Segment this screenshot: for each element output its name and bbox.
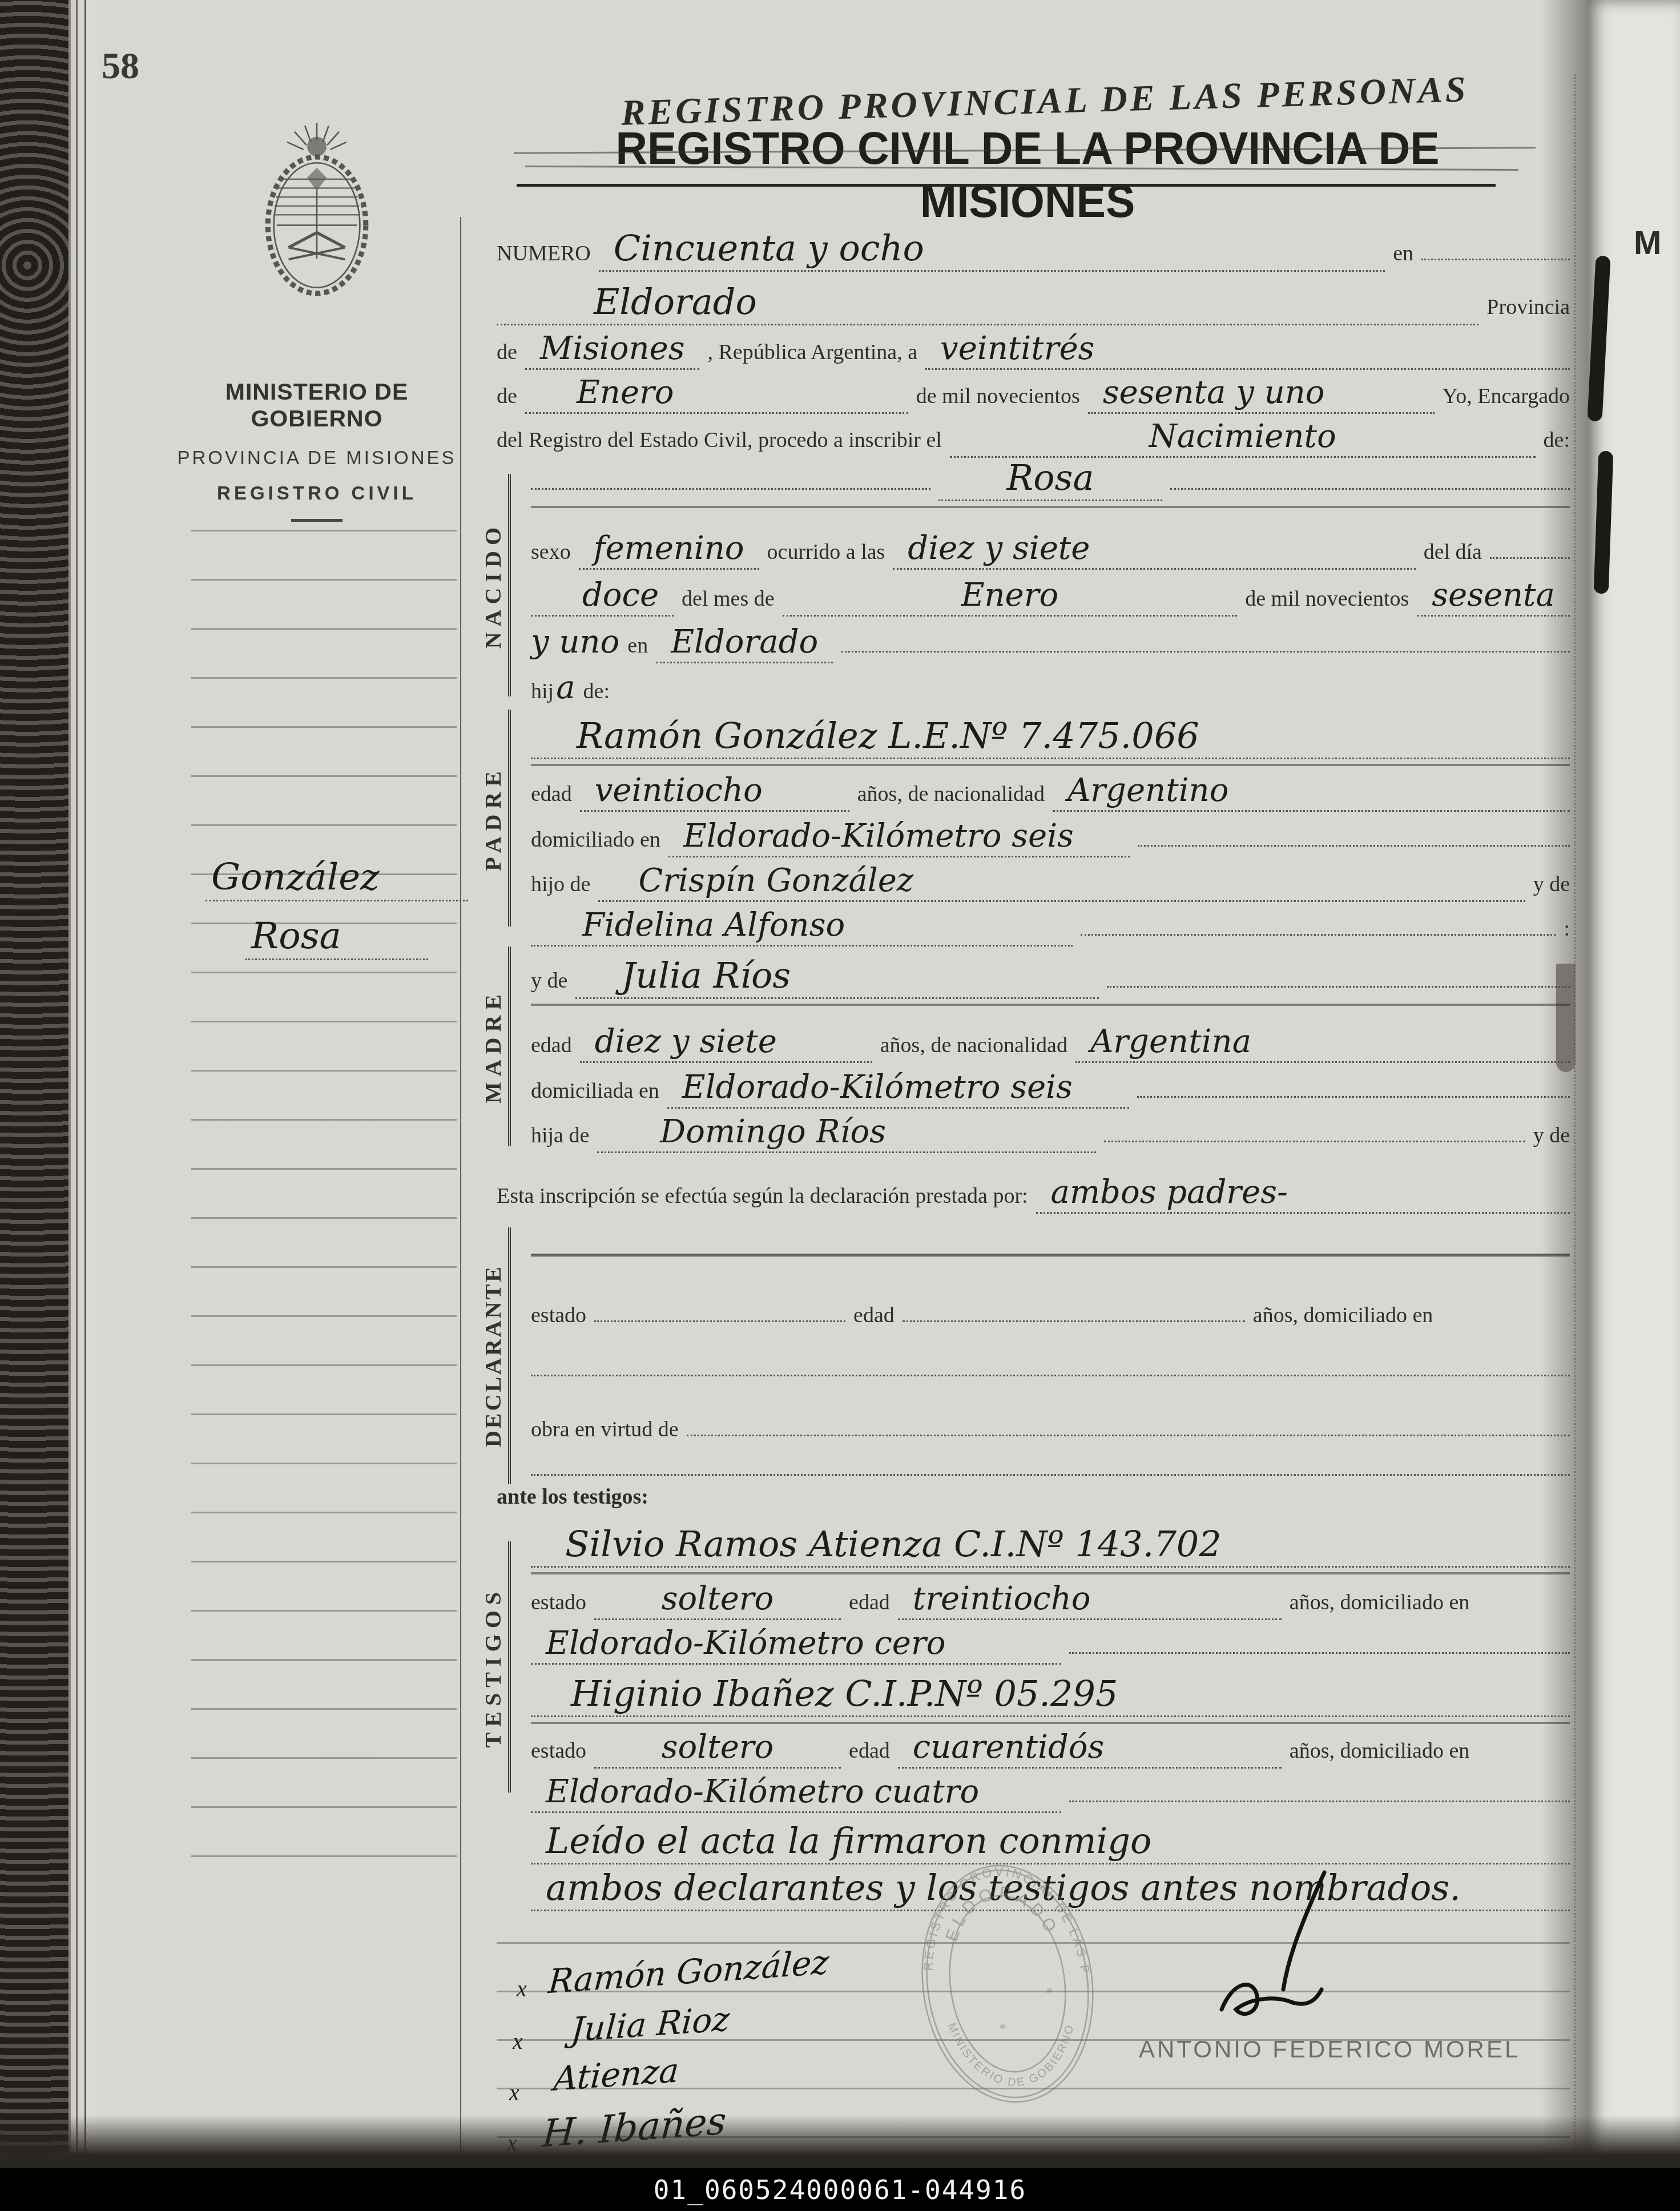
witnesses-intro: ante los testigos:: [497, 1484, 648, 1509]
edad-label: edad: [849, 1590, 890, 1615]
margin-given-name: Rosa: [245, 915, 428, 960]
province-value: Misiones: [525, 330, 700, 370]
y-de-label: y de: [531, 968, 567, 993]
child-name-value: Rosa: [938, 457, 1163, 501]
hij-label: hij: [531, 679, 554, 704]
de-label: de: [497, 340, 517, 365]
mil-novecientos-label: de mil novecientos: [1245, 586, 1409, 611]
stamp-star: *: [998, 2020, 1008, 2037]
edad-blank: [903, 1312, 1245, 1322]
next-page-partial-letter: M: [1634, 224, 1661, 262]
domiciliado-label: domiciliado en: [531, 827, 660, 852]
de-colon-label: de:: [1544, 428, 1570, 453]
blank-fill: [841, 643, 1570, 653]
section-rail-declarante: DECLARANTE: [477, 1227, 511, 1484]
paternal-grandmother-value: Fidelina Alfonso: [531, 907, 1073, 947]
witness-mark: x: [517, 1975, 527, 2002]
title-underline: [517, 184, 1496, 187]
page-number: 58: [102, 45, 139, 88]
coat-of-arms-icon: [243, 120, 391, 308]
blank-fill: [531, 480, 930, 490]
nacionalidad-label: años, de nacionalidad: [880, 1033, 1067, 1058]
day-value: veintitrés: [925, 330, 1570, 370]
blank-line: [531, 1375, 1570, 1376]
scan-id: 01_060524000061-044916: [654, 2174, 1026, 2205]
blank-fill: [1138, 837, 1570, 847]
witness2-edad-value: cuarentidós: [898, 1729, 1282, 1769]
sun-rays: [287, 123, 347, 155]
edad-label: edad: [531, 1033, 572, 1058]
day-value: doce: [531, 577, 674, 617]
blank-fill: [1069, 1644, 1570, 1654]
scan-footer-bar: 01_060524000061-044916: [0, 2168, 1680, 2211]
en-label: en: [627, 633, 648, 658]
stamp-star: *: [1045, 1984, 1055, 2002]
mother-address-value: Eldorado-Kilómetro seis: [667, 1069, 1130, 1109]
margin-surname: González: [206, 856, 468, 901]
page-bottom-shadow: [0, 2115, 1680, 2168]
estado-label: estado: [531, 1590, 586, 1615]
ante-los-testigos-label: ante los testigos:: [497, 1485, 648, 1509]
anos-domiciliado-label: años, domiciliado en: [1290, 1738, 1470, 1763]
registry-oval-stamp: REGISTRO PROVINCIAL DE LAS PERSONAS ELDO…: [896, 1843, 1118, 2124]
colon-label: :: [1564, 916, 1570, 941]
estado-label: estado: [531, 1303, 586, 1328]
edad-label: edad: [531, 782, 572, 807]
del-mes-label: del mes de: [682, 586, 775, 611]
blank-fill: [1421, 251, 1570, 260]
section-label-nacido: NACIDO: [480, 522, 506, 649]
mil-novecientos-label: de mil novecientos: [916, 384, 1080, 409]
edad-label: edad: [853, 1303, 895, 1328]
section-rail-testigos: TESTIGOS: [477, 1541, 511, 1793]
section-label-declarante: DECLARANTE: [480, 1264, 506, 1447]
republica-label: , República Argentina, a: [707, 340, 917, 365]
inscripcion-label: Esta inscripción se efectúa según la dec…: [497, 1183, 1028, 1209]
blank-fill: [1170, 480, 1570, 490]
obra-en-virtud-label: obra en virtud de: [531, 1417, 679, 1442]
y-de-label: y de: [1533, 872, 1570, 897]
provincia-label: Provincia: [1486, 295, 1570, 320]
acta-type-value: Nacimiento: [950, 418, 1536, 458]
nacionalidad-label: años, de nacionalidad: [857, 782, 1045, 807]
page-stack-edges: [69, 0, 97, 2211]
registrar-signature-flourish: [1153, 1867, 1416, 2049]
mother-name-value: Julia Ríos: [575, 955, 1099, 999]
blank-line: [531, 1254, 1570, 1256]
yo-encargado-label: Yo, Encargado: [1443, 384, 1570, 409]
mother-nationality-value: Argentina: [1075, 1023, 1570, 1063]
father-address-value: Eldorado-Kilómetro seis: [668, 817, 1130, 857]
section-label-padre: PADRE: [480, 766, 506, 871]
father-nationality-value: Argentino: [1053, 772, 1570, 812]
year-value: sesenta y uno: [1088, 374, 1435, 414]
anos-domiciliado-label: años, domiciliado en: [1253, 1303, 1433, 1328]
de-label: de: [497, 384, 517, 409]
year-value: sesenta: [1417, 577, 1570, 617]
en-label: en: [1393, 241, 1413, 266]
witness-mark: x: [513, 2028, 523, 2055]
obra-blank: [687, 1427, 1570, 1436]
blank-fill: [1104, 1133, 1525, 1142]
book-marbled-edge: [0, 0, 69, 2211]
blank-fill: [1107, 978, 1570, 988]
estado-label: estado: [531, 1738, 586, 1763]
month-value: Enero: [783, 577, 1238, 617]
page-title: REGISTRO CIVIL DE LA PROVINCIA DE MISION…: [502, 122, 1553, 228]
registro-estado-civil-label: del Registro del Estado Civil, procedo a…: [497, 428, 942, 453]
maternal-grandfather-value: Domingo Ríos: [597, 1113, 1096, 1153]
blank-fill: [1081, 926, 1556, 936]
year2-value: y uno: [531, 623, 619, 661]
witness2-address-value: Eldorado-Kilómetro cuatro: [531, 1773, 1061, 1813]
witness1-edad-value: treintiocho: [898, 1580, 1282, 1620]
section-label-madre: MADRE: [480, 989, 506, 1104]
domiciliada-label: domiciliada en: [531, 1078, 659, 1104]
de-colon-label: de:: [583, 679, 610, 704]
witness1-address-value: Eldorado-Kilómetro cero: [531, 1625, 1061, 1665]
witness1-name-value: Silvio Ramos Atienza C.I.Nº 143.702: [531, 1523, 1570, 1568]
margin-ruled-lines: [191, 482, 457, 1890]
paternal-grandfather-value: Crispín González: [598, 862, 1525, 902]
blank-line: [531, 1474, 1570, 1476]
section-rail-madre: MADRE: [477, 947, 511, 1146]
father-age-value: veintiocho: [580, 772, 849, 812]
section-rail-padre: PADRE: [477, 710, 511, 927]
hij-gender-letter: a: [556, 669, 575, 706]
witness2-name-value: Higinio Ibañez C.I.P.Nº 05.295: [531, 1673, 1570, 1717]
blank-fill: [1069, 1793, 1570, 1802]
form-right-border: [1574, 74, 1576, 2158]
svg-text:REGISTRO PROVINCIAL DE LAS PER: REGISTRO PROVINCIAL DE LAS PERSONAS: [896, 1843, 1093, 2000]
estado-blank: [594, 1312, 845, 1322]
blank-fill: [1490, 549, 1570, 559]
witness1-estado-value: soltero: [594, 1580, 841, 1620]
form-left-border: [460, 217, 461, 2152]
sexo-value: femenino: [579, 530, 759, 570]
scanned-birth-certificate: M 58 MINISTERIO DE GO: [0, 0, 1680, 2211]
witness2-estado-value: soltero: [594, 1729, 841, 1769]
numero-label: NUMERO: [497, 241, 591, 266]
birthplace-value: Eldorado: [656, 623, 833, 663]
month-value: Enero: [525, 374, 908, 414]
sidebar-letterhead: MINISTERIO DE GOBIERNO PROVINCIA DE MISI…: [171, 120, 462, 522]
father-name-value: Ramón González L.E.Nº 7.475.066: [531, 715, 1570, 759]
mother-age-value: diez y siete: [580, 1023, 872, 1063]
sexo-label: sexo: [531, 539, 571, 565]
ministry-name: MINISTERIO DE GOBIERNO: [171, 378, 462, 432]
anos-domiciliado-label: años, domiciliado en: [1290, 1590, 1470, 1615]
registrar-name-stamp: ANTONIO FEDERICO MOREL: [1139, 2036, 1573, 2063]
declared-by-value: ambos padres-: [1036, 1174, 1570, 1214]
section-label-testigos: TESTIGOS: [480, 1586, 506, 1747]
witness-mark: x: [509, 2079, 519, 2106]
province-name: PROVINCIA DE MISIONES: [171, 447, 462, 469]
stamp-arc-top-text: REGISTRO PROVINCIAL DE LAS PERSONAS: [896, 1843, 1093, 2000]
blank-fill: [1137, 1088, 1570, 1098]
edad-label: edad: [849, 1738, 890, 1763]
margin-index-note: González Rosa: [206, 856, 468, 960]
ocurrido-label: ocurrido a las: [767, 539, 885, 565]
numero-value: Cincuenta y ocho: [599, 227, 1385, 272]
section-rail-nacido: NACIDO: [477, 474, 511, 696]
y-de-label: y de: [1533, 1123, 1570, 1148]
hija-de-label: hija de: [531, 1123, 589, 1148]
city-value: Eldorado: [497, 281, 1478, 325]
hijo-de-label: hijo de: [531, 872, 590, 897]
hour-value: diez y siete: [893, 530, 1415, 570]
del-dia-label: del día: [1424, 539, 1482, 565]
